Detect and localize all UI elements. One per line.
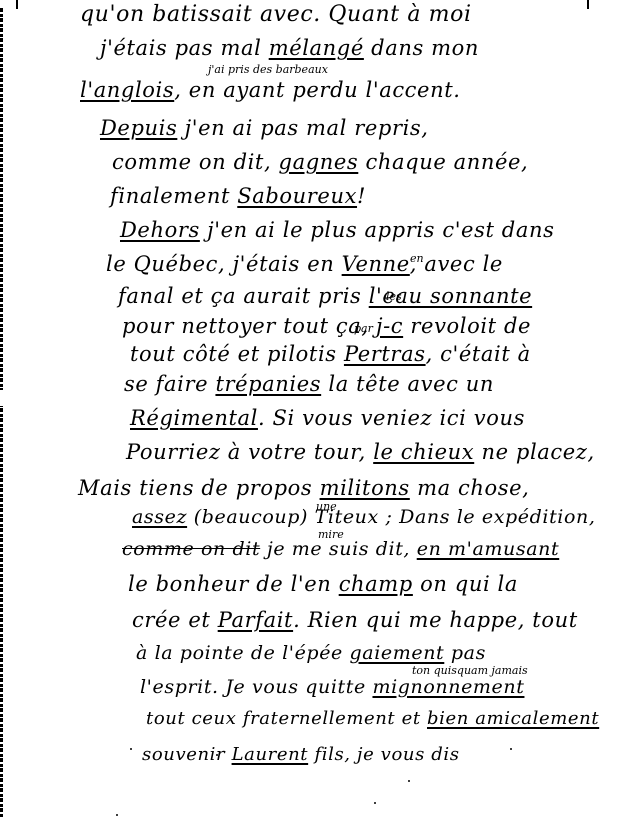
underlined-word: Parfait — [218, 608, 293, 632]
underlined-word: trépanies — [215, 372, 321, 396]
handwritten-line-19: crée et Parfait. Rien qui me happe, tout — [132, 608, 578, 632]
line-text: , c'était à — [426, 342, 531, 366]
handwritten-line-16: assez (beaucoup) Titeux ; Dans le expédi… — [132, 506, 596, 528]
line-text: finalement — [110, 184, 237, 208]
underlined-word: gaiement — [350, 642, 445, 664]
interlinear-note: les — [386, 290, 402, 303]
underlined-word: gagnes — [279, 150, 359, 174]
handwritten-line-22: tout ceux fraternellement et bien amical… — [146, 708, 599, 729]
handwritten-line-14: Pourriez à votre tour, le chieux ne plac… — [126, 440, 595, 464]
underlined-word: Venne — [342, 252, 410, 276]
scan-speck — [116, 814, 118, 816]
line-text: qu'on batissait avec. Quant à moi — [80, 2, 472, 27]
line-text: j'étais pas mal — [100, 36, 269, 60]
underlined-word: en m'amusant — [417, 538, 560, 560]
line-text: , en ayant perdu l'accent. — [174, 78, 460, 102]
line-text: . Rien qui me happe, tout — [293, 608, 578, 632]
handwritten-line-4: Depuis j'en ai pas mal repris, — [100, 116, 429, 140]
line-text: à la pointe de l'épée — [136, 642, 350, 664]
handwritten-line-3: l'anglois, en ayant perdu l'accent. — [80, 78, 461, 102]
line-text: Mais tiens de propos — [78, 476, 320, 500]
line-text: crée et — [132, 608, 218, 632]
interlinear-note: en — [410, 252, 424, 265]
line-text: ! — [357, 184, 366, 208]
line-text: pour nettoyer tout ça, — [122, 314, 376, 338]
scan-mark — [587, 0, 589, 9]
handwritten-line-6: finalement Saboureux! — [110, 184, 366, 208]
line-text: Pourriez à votre tour, — [126, 440, 373, 464]
handwritten-line-20: à la pointe de l'épée gaiement pas — [136, 642, 486, 664]
line-text: ne placez, — [474, 440, 595, 464]
line-text: l'esprit. Je vous quitte — [140, 676, 372, 698]
handwritten-line-12: se faire trépanies la tête avec un — [124, 372, 494, 396]
line-text: je me suis dit, — [260, 538, 417, 560]
line-text: dans mon — [364, 36, 479, 60]
underlined-word: mignonnement — [372, 676, 524, 698]
underlined-word: Depuis — [100, 116, 177, 140]
underlined-word: Saboureux — [237, 184, 357, 208]
scan-speck — [510, 748, 512, 750]
struck-through-text: comme on dit — [122, 538, 260, 560]
underlined-word: bien amicalement — [427, 708, 599, 729]
handwritten-line-15: Mais tiens de propos militons ma chose, — [78, 476, 529, 500]
handwritten-line-21: l'esprit. Je vous quitte mignonnement — [140, 676, 524, 698]
scan-edge-gap — [0, 390, 3, 406]
underlined-word: Pertras — [344, 342, 426, 366]
handwritten-line-2: j'étais pas mal mélangé dans mon — [100, 36, 479, 60]
line-text: (beaucoup) Titeux ; Dans le expédition, — [187, 506, 595, 528]
handwritten-line-10: pour nettoyer tout ça, j-c revoloit de — [122, 314, 531, 338]
line-text: j'en ai le plus appris c'est dans — [200, 218, 555, 242]
handwritten-line-17: comme on dit je me suis dit, en m'amusan… — [122, 538, 559, 560]
line-text: tout côté et pilotis — [130, 342, 344, 366]
underlined-word: l'anglois — [80, 78, 174, 102]
underlined-word: Dehors — [120, 218, 200, 242]
line-text: la tête avec un — [321, 372, 494, 396]
underlined-word: j-c — [376, 314, 403, 338]
line-text: se faire — [124, 372, 215, 396]
handwritten-line-11: tout côté et pilotis Pertras, c'était à — [130, 342, 531, 366]
underlined-word: Régimental — [130, 406, 258, 430]
underlined-word: mélangé — [269, 36, 364, 60]
handwritten-line-13: Régimental. Si vous veniez ici vous — [130, 406, 525, 430]
line-text: . Si vous veniez ici vous — [258, 406, 525, 430]
line-text: pas — [444, 642, 486, 664]
line-text: chaque année, — [358, 150, 528, 174]
scan-speck — [408, 780, 410, 782]
underlined-word: le chieux — [373, 440, 474, 464]
scan-speck — [374, 802, 376, 804]
handwritten-line-23: souvenir Laurent fils, je vous dis — [142, 744, 460, 765]
handwritten-line-18: le bonheur de l'en champ on qui la — [128, 572, 518, 596]
handwritten-line-1: qu'on batissait avec. Quant à moi — [80, 2, 472, 27]
underlined-word: militons — [320, 476, 410, 500]
scan-speck — [216, 754, 218, 756]
line-text: souvenir — [142, 744, 232, 765]
handwritten-line-5: comme on dit, gagnes chaque année, — [112, 150, 528, 174]
line-text: ma chose, — [410, 476, 530, 500]
scan-mark — [16, 0, 18, 9]
manuscript-page: qu'on batissait avec. Quant à moi j'étai… — [0, 0, 638, 825]
line-text: comme on dit, — [112, 150, 279, 174]
handwritten-line-9: fanal et ça aurait pris l'eau sonnante — [118, 284, 532, 308]
interlinear-note: par — [354, 322, 373, 335]
scan-speck — [130, 748, 132, 750]
underlined-word: Laurent — [232, 744, 309, 765]
line-text: revoloit de — [403, 314, 531, 338]
underlined-word: champ — [339, 572, 413, 596]
handwritten-line-8: le Québec, j'étais en Venne, avec le — [106, 252, 503, 276]
line-text: j'en ai pas mal repris, — [177, 116, 428, 140]
scan-left-edge — [0, 8, 3, 818]
interlinear-note: j'ai pris des barbeaux — [208, 63, 328, 76]
handwritten-line-7: Dehors j'en ai le plus appris c'est dans — [120, 218, 554, 242]
line-text: fanal et ça aurait pris — [118, 284, 369, 308]
underlined-word: assez — [132, 506, 187, 528]
line-text: le bonheur de l'en — [128, 572, 339, 596]
line-text: on qui la — [413, 572, 518, 596]
line-text: le Québec, j'étais en — [106, 252, 342, 276]
line-text: tout ceux fraternellement et — [146, 708, 427, 729]
line-text: fils, je vous dis — [308, 744, 459, 765]
line-text: , avec le — [410, 252, 503, 276]
